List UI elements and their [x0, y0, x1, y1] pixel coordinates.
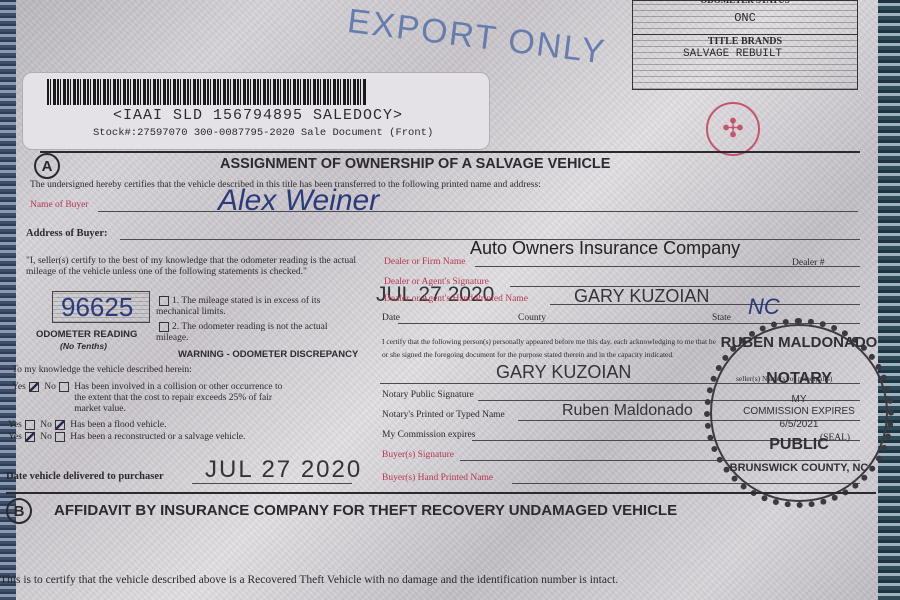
flood-text: Has been a flood vehicle.: [70, 420, 166, 430]
odometer-option-1-checkbox[interactable]: [159, 296, 169, 306]
section-a-badge: A: [34, 153, 60, 179]
odometer-status-value: ONC: [633, 11, 857, 25]
export-only-stamp: EXPORT ONLY: [345, 2, 608, 72]
seal-my: MY: [710, 394, 888, 405]
odometer-option-2-text: 2. The odometer reading is not the actua…: [156, 322, 327, 343]
county-label: County: [518, 313, 546, 323]
seal-notary-name: RUBEN MALDONADO: [710, 334, 888, 351]
collision-text: Has been involved in a collision or othe…: [74, 382, 284, 415]
seal-notary-word: NOTARY: [710, 370, 888, 388]
odometer-reading-label: ODOMETER READING: [36, 329, 137, 340]
collision-yes-checkbox[interactable]: [29, 382, 39, 392]
brand-box-divider: [633, 34, 857, 35]
name-of-buyer-line: [98, 211, 858, 212]
yes-label: Yes: [12, 382, 26, 392]
date-label: Date: [382, 313, 400, 323]
collision-no-checkbox[interactable]: [59, 382, 69, 392]
no-label: No: [40, 432, 52, 442]
notary-printed-value[interactable]: Ruben Maldonado: [562, 402, 693, 420]
address-of-buyer-label: Address of Buyer:: [26, 228, 107, 239]
odometer-option-2-checkbox[interactable]: [159, 322, 169, 332]
dealer-agent-printed-label: Dealer or Agent's Hand Printed Name: [384, 294, 528, 304]
knowledge-item-flood: Yes No Has been a flood vehicle.: [8, 420, 338, 430]
seal-commission-expires: COMMISSION EXPIRES: [710, 406, 888, 417]
section-a-title: ASSIGNMENT OF OWNERSHIP OF A SALVAGE VEH…: [220, 156, 610, 172]
section-a-top-rule: [40, 151, 860, 153]
dealer-firm-value[interactable]: Auto Owners Insurance Company: [470, 238, 740, 259]
flood-yes-checkbox[interactable]: [25, 420, 35, 430]
title-brands-value: SALVAGE REBUILT: [683, 48, 782, 60]
commission-expires-label: My Commission expires: [382, 430, 475, 440]
barcode-code-text: <IAAI SLD 156794895 SALEDOCY>: [113, 107, 403, 124]
state-value[interactable]: NC: [748, 294, 780, 320]
salvage-no-checkbox[interactable]: [55, 432, 65, 442]
odometer-status-label: ODOMETER STATUS: [633, 0, 857, 5]
seal-county: BRUNSWICK COUNTY, NC: [710, 462, 888, 474]
odometer-statement: "I, seller(s) certify to the best of my …: [26, 256, 356, 278]
dealer-number-label: Dealer #: [792, 258, 824, 268]
seal-public-word: PUBLIC: [710, 436, 888, 454]
odometer-reading-value: 96625: [61, 292, 133, 323]
seal-expiration-date: 6/5/2021: [710, 419, 888, 430]
no-label: No: [40, 420, 52, 430]
notary-certify-text: I certify that the following person(s) p…: [382, 335, 722, 361]
section-b-title: AFFIDAVIT BY INSURANCE COMPANY FOR THEFT…: [54, 502, 677, 519]
flood-no-checkbox[interactable]: [55, 420, 65, 430]
notary-printed-label: Notary's Printed or Typed Name: [382, 410, 505, 420]
yes-label: Yes: [8, 432, 22, 442]
buyer-signature-label: Buyer(s) Signature: [382, 450, 454, 460]
name-of-buyer-label: Name of Buyer: [30, 200, 89, 210]
barcode-sticker: <IAAI SLD 156794895 SALEDOCY> Stock#:275…: [22, 72, 490, 150]
odometer-option-1[interactable]: 1. The mileage stated is in excess of it…: [156, 296, 356, 318]
seller-printed-value[interactable]: GARY KUZOIAN: [496, 362, 631, 383]
yes-label: Yes: [8, 420, 22, 430]
title-brands-label: TITLE BRANDS: [633, 36, 857, 47]
barcode-icon: [47, 79, 367, 105]
odometer-option-1-text: 1. The mileage stated is in excess of it…: [156, 296, 320, 317]
odometer-no-tenths-label: (No Tenths): [60, 341, 107, 351]
knowledge-item-salvage: Yes No Has been a reconstructed or a sal…: [8, 432, 348, 442]
salvage-text: Has been a reconstructed or a salvage ve…: [70, 432, 245, 442]
notary-seal-stamp: RUBEN MALDONADO NOTARY MY COMMISSION EXP…: [704, 318, 894, 508]
section-b-top-rule: [6, 492, 876, 494]
odometer-reading-box[interactable]: 96625: [52, 291, 150, 323]
date-delivered-label: Date vehicle delivered to purchaser: [6, 471, 164, 482]
state-seal-icon: ✣: [706, 102, 760, 156]
name-of-buyer-field[interactable]: Alex Weiner: [218, 184, 379, 218]
section-b-badge: B: [6, 498, 32, 524]
stock-number-text: Stock#:27597070 300-0087795-2020 Sale Do…: [93, 127, 433, 139]
knowledge-item-collision: Yes No Has been involved in a collision …: [12, 382, 342, 415]
state-label: State: [712, 313, 731, 323]
no-label: No: [44, 382, 56, 392]
odometer-warning: WARNING - ODOMETER DISCREPANCY: [178, 349, 358, 360]
dealer-agent-printed-value[interactable]: GARY KUZOIAN: [574, 286, 709, 307]
salvage-yes-checkbox[interactable]: [25, 432, 35, 442]
title-brands-box: ODOMETER STATUS ONC TITLE BRANDS SALVAGE…: [632, 0, 858, 90]
section-b-certify-text: This is to certify that the vehicle desc…: [0, 574, 618, 586]
notary-signature-label: Notary Public Signature: [382, 390, 474, 400]
dealer-firm-label: Dealer or Firm Name: [384, 257, 466, 267]
date-delivered-stamp[interactable]: JUL 27 2020: [205, 456, 362, 484]
buyer-printed-label: Buyer(s) Hand Printed Name: [382, 473, 493, 483]
knowledge-intro: To my knowledge the vehicle described he…: [12, 365, 192, 375]
odometer-option-2[interactable]: 2. The odometer reading is not the actua…: [156, 322, 356, 344]
security-border-right: [878, 0, 900, 600]
